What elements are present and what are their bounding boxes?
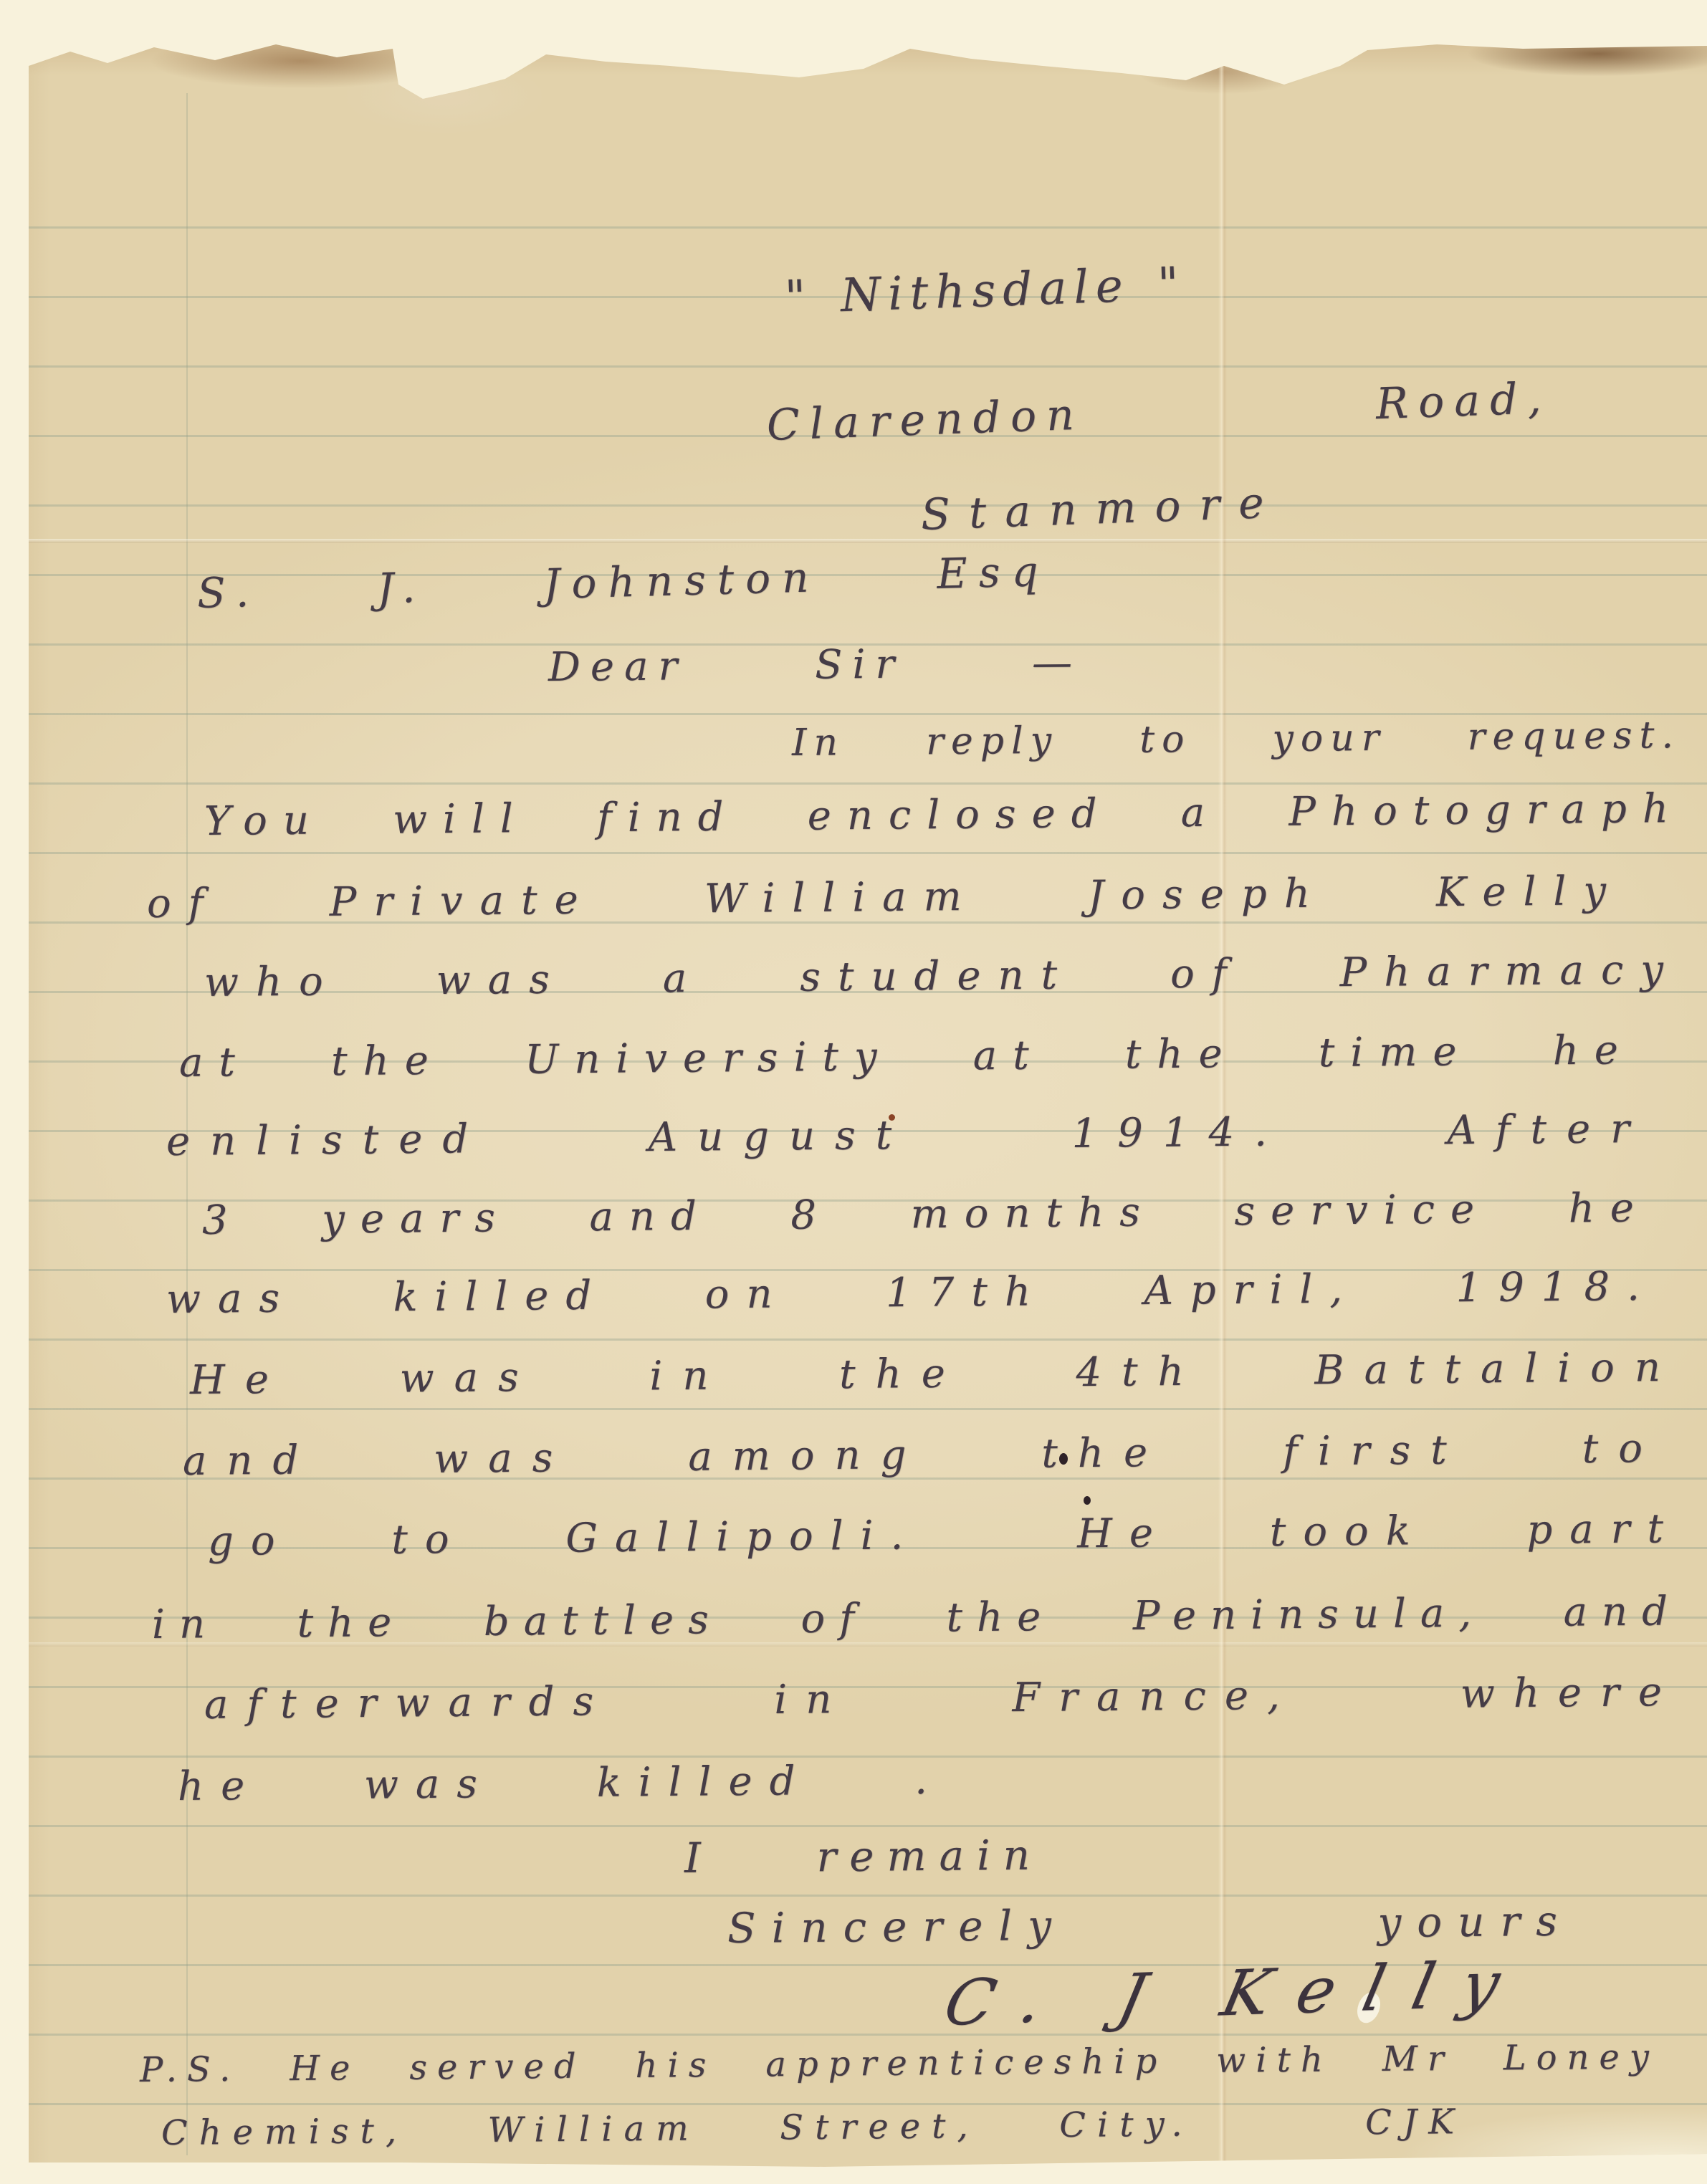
ink-speck xyxy=(1084,1496,1091,1505)
body-line: he was killed . xyxy=(178,1758,945,1811)
opening-line: In reply to your request. xyxy=(792,714,1680,765)
fold-crease-horizontal-1 xyxy=(0,539,1707,543)
fold-crease-vertical xyxy=(1218,43,1227,2163)
salutation-line: Dear Sir — xyxy=(548,640,1083,691)
closing-line-1: I remain xyxy=(684,1831,1043,1882)
closing-line-2: Sincerely yours xyxy=(727,1897,1574,1953)
